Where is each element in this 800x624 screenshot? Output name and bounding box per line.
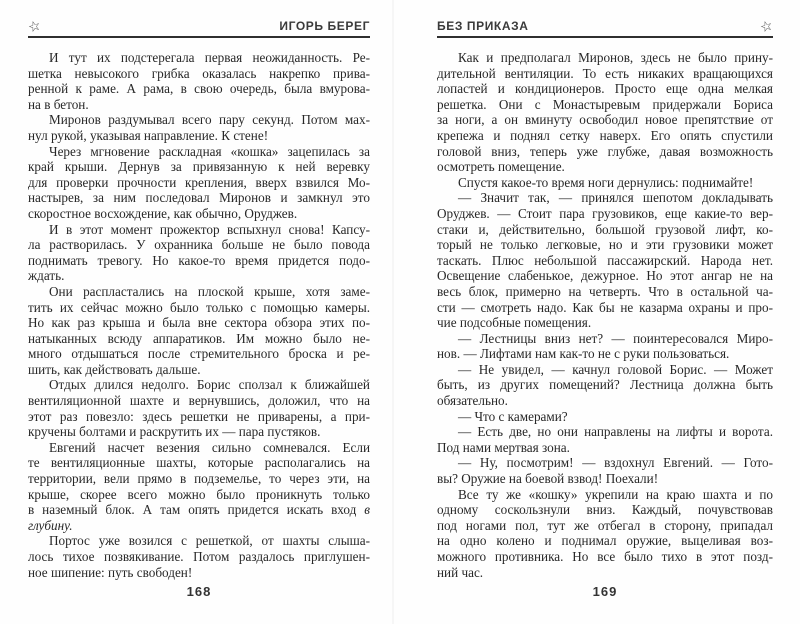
text-line: осмотреть помещение. <box>437 159 773 175</box>
paragraph: Они распластались на плоской крыше, хотя… <box>28 284 370 378</box>
text-line: территории, вели прямо в подземелье, то … <box>28 471 370 487</box>
text-line: этот раз повезло: здесь решетки не прива… <box>28 409 370 425</box>
italic-text: в <box>364 502 370 517</box>
paragraph: — Значит так, — принялся шепотом доклады… <box>437 190 773 330</box>
page-number-left: 168 <box>28 584 370 599</box>
text-line: много отдышаться после стремительного бр… <box>28 346 370 362</box>
text-line: крепежа и поднял сетку наверх. Его опять… <box>437 128 773 144</box>
text-line: те вентиляционные шахты, которые распола… <box>28 455 370 471</box>
text-line: обязательно. <box>437 393 773 409</box>
paragraph: И тут их подстерегала первая неожиданнос… <box>28 50 370 112</box>
paragraph: — Не увидел, — качнул головой Борис. — М… <box>437 362 773 409</box>
page-body-right: Как и предполагал Миронов, здесь не было… <box>437 50 773 580</box>
text-line: крыше, скорее всего можно было проникнут… <box>28 487 370 503</box>
text-line: быть, из других помещений? Лестница долж… <box>437 377 773 393</box>
text-line: — Ну, посмотрим! — вздохнул Евгений. — Г… <box>437 455 773 471</box>
text-line: шить, как действовать дальше. <box>28 362 370 378</box>
text-line: для проверки прочности крепления, вверх … <box>28 175 370 191</box>
text-line: головой вниз, теперь уже глубже, давая в… <box>437 144 773 160</box>
text-line: Они распластались на плоской крыше, хотя… <box>28 284 370 300</box>
text-line: нов. — Лифтами нам как-то не с руки поль… <box>437 346 773 362</box>
paragraph: Через мгновение раскладная «кошка» зацеп… <box>28 144 370 222</box>
text-line: ла растворилась. У охранника больше не б… <box>28 237 370 253</box>
text-line: на в бетон. <box>28 97 370 113</box>
text-line: Миронов раздумывал всего пару секунд. По… <box>28 112 370 128</box>
text-line: Через мгновение раскладная «кошка» зацеп… <box>28 144 370 160</box>
text-line: шетка невысокого грибка оказалась накреп… <box>28 66 370 82</box>
text-line: за ноги, а он вминуту освободил новое пр… <box>437 112 773 128</box>
text-line: Спустя какое-то время ноги дернулись: по… <box>437 175 773 191</box>
star-icon: ☆ <box>758 17 775 34</box>
paragraph: И в этот момент прожектор вспыхнул снова… <box>28 222 370 284</box>
running-head-left: ☆ ИГОРЬ БЕРЕГ <box>28 15 370 38</box>
paragraph: Отдых длился недолго. Борис сползал к бл… <box>28 377 370 439</box>
paragraph: — Лестницы вниз нет? — поинтересовался М… <box>437 331 773 362</box>
paragraph: — Ну, посмотрим! — вздохнул Евгений. — Г… <box>437 455 773 486</box>
text-line: решетка. Они с Монастыревым придержали Б… <box>437 97 773 113</box>
text-line: — Есть две, но они направлены на лифты и… <box>437 424 773 440</box>
italic-text: глубину. <box>28 518 73 533</box>
text-line: нул рукой, указывая направление. К стене… <box>28 128 370 144</box>
paragraph: — Есть две, но они направлены на лифты и… <box>437 424 773 455</box>
text-line: в наземный блок. А там опять придется ис… <box>28 502 370 518</box>
text-line: Евгений насчет везения сильно сомневался… <box>28 440 370 456</box>
text-line: глубину. <box>28 518 370 534</box>
text-line: на одно колено и поднимал оружие, выцели… <box>437 533 773 549</box>
text-line: стаки и, действительно, большой грузовой… <box>437 222 773 238</box>
page-gutter-shadow <box>392 0 394 624</box>
text-line: Портос уже возился с решеткой, от шахты … <box>28 533 370 549</box>
text-line: чие подсобные помещения. <box>437 315 773 331</box>
text-line: можного противника. Но все было тихо в э… <box>437 549 773 565</box>
text-line: Но как раз крыша и была вне сектора обзо… <box>28 315 370 331</box>
text-line: торый не только легковые, но и эти грузо… <box>437 237 773 253</box>
text-line: — Значит так, — принялся шепотом доклады… <box>437 190 773 206</box>
paragraph: Евгений насчет везения сильно сомневался… <box>28 440 370 534</box>
text-line: сти — смотреть надо. Как бы не казарма о… <box>437 300 773 316</box>
text-line: — Что с камерами? <box>437 409 773 425</box>
text-line: Все ту же «кошку» укрепили на краю шахта… <box>437 487 773 503</box>
text-line: тить их сейчас можно было только с помощ… <box>28 300 370 316</box>
text-line: Как и предполагал Миронов, здесь не было… <box>437 50 773 66</box>
text-line: ждать. <box>28 268 370 284</box>
text-line: ний час. <box>437 565 773 581</box>
running-head-title: БЕЗ ПРИКАЗА <box>437 19 529 33</box>
text-line: лопастей и кондиционеров. Просто еще одн… <box>437 81 773 97</box>
text-line: под ногами пол, тут же отбегал в сторону… <box>437 518 773 534</box>
text-line: Освещение слабенькое, дежурное. Но этот … <box>437 268 773 284</box>
paragraph: Миронов раздумывал всего пару секунд. По… <box>28 112 370 143</box>
text-line: вентиляционной шахте и вернувшись, долож… <box>28 393 370 409</box>
star-icon: ☆ <box>26 17 43 34</box>
text-line: весь блок, примерно на четверть. Что в о… <box>437 284 773 300</box>
text-line: натыканных всюду аппаратиков. Им можно б… <box>28 331 370 347</box>
text-segment: в наземный блок. А там опять придется ис… <box>28 502 364 517</box>
paragraph: Как и предполагал Миронов, здесь не было… <box>437 50 773 175</box>
page-number-right: 169 <box>437 584 773 599</box>
page-left: ☆ ИГОРЬ БЕРЕГ И тут их подстерегала перв… <box>28 15 370 599</box>
paragraph: Все ту же «кошку» укрепили на краю шахта… <box>437 487 773 581</box>
running-head-right: БЕЗ ПРИКАЗА ☆ <box>437 15 773 38</box>
page-right: БЕЗ ПРИКАЗА ☆ Как и предполагал Миронов,… <box>437 15 773 599</box>
text-line: кручены болтами и раскрутить их — пара п… <box>28 424 370 440</box>
page-body-left: И тут их подстерегала первая неожиданнос… <box>28 50 370 580</box>
text-line: И в этот момент прожектор вспыхнул снова… <box>28 222 370 238</box>
text-line: И тут их подстерегала первая неожиданнос… <box>28 50 370 66</box>
text-line: край крыши. Дернув за привязанную к ней … <box>28 159 370 175</box>
text-line: — Лестницы вниз нет? — поинтересовался М… <box>437 331 773 347</box>
text-line: Отдых длился недолго. Борис сползал к бл… <box>28 377 370 393</box>
text-line: ренной к раме. А рама, в свою очередь, б… <box>28 81 370 97</box>
text-line: Оруджев. — Стоит пара грузовиков, еще ка… <box>437 206 773 222</box>
text-line: ное шипение: путь свободен! <box>28 565 370 581</box>
text-line: поднимать тревогу. Но какое-то время при… <box>28 253 370 269</box>
text-line: настырев, за ним последовал Миронов и за… <box>28 190 370 206</box>
book-spread: ☆ ИГОРЬ БЕРЕГ И тут их подстерегала перв… <box>0 0 800 624</box>
text-line: дительной вентиляции. То есть никаких вр… <box>437 66 773 82</box>
paragraph: — Что с камерами? <box>437 409 773 425</box>
text-line: одному соскользнули вниз. Каждый, почувс… <box>437 502 773 518</box>
text-line: скоростное восхождение, как обычно, Оруд… <box>28 206 370 222</box>
text-line: таскать. Плюс небольшой пассажирский. На… <box>437 253 773 269</box>
text-line: — Не увидел, — качнул головой Борис. — М… <box>437 362 773 378</box>
text-line: Под нами мертвая зона. <box>437 440 773 456</box>
paragraph: Спустя какое-то время ноги дернулись: по… <box>437 175 773 191</box>
running-head-author: ИГОРЬ БЕРЕГ <box>279 19 370 33</box>
paragraph: Портос уже возился с решеткой, от шахты … <box>28 533 370 580</box>
text-line: лось тихое позвякивание. Потом раздалось… <box>28 549 370 565</box>
text-line: вы? Оружие на боевой взвод! Поехали! <box>437 471 773 487</box>
